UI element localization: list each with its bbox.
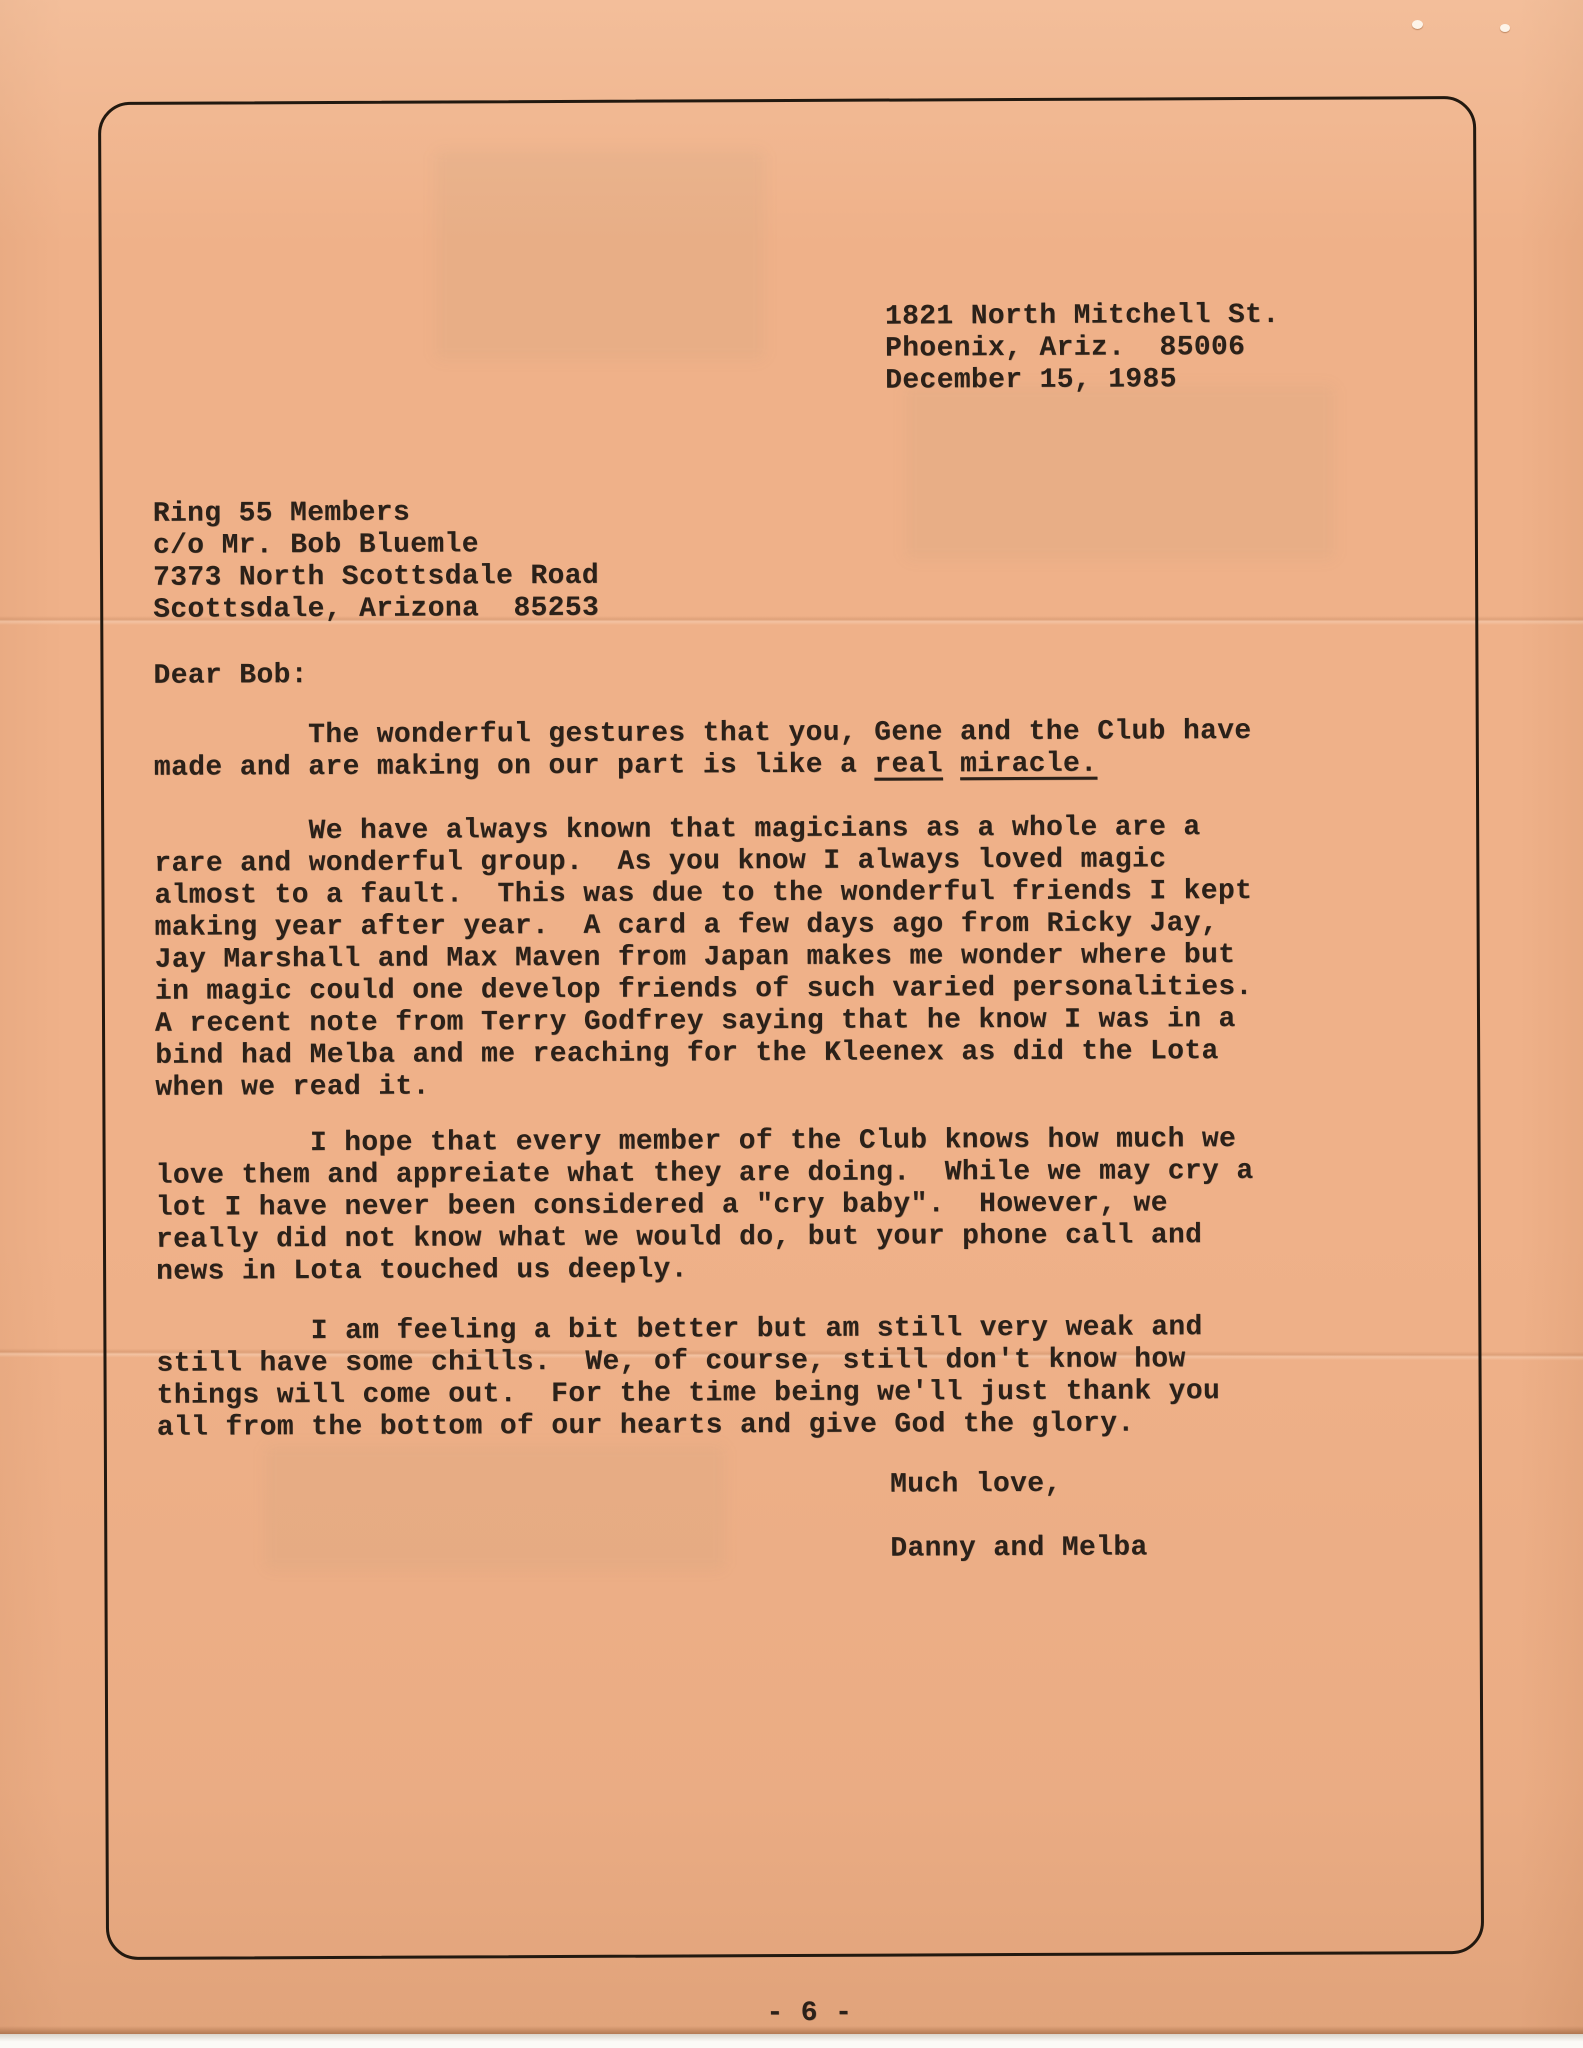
scanner-bed-strip	[0, 2034, 1583, 2048]
scan-tilt-layer: 1821 North Mitchell St. Phoenix, Ariz. 8…	[0, 0, 1583, 2037]
paragraph-1-line-1: The wonderful gestures that you, Gene an…	[154, 716, 1252, 752]
underline-word-separator	[943, 749, 960, 780]
return-address-block: 1821 North Mitchell St. Phoenix, Ariz. 8…	[885, 300, 1280, 398]
paragraph-4: I am feeling a bit better but am still v…	[156, 1312, 1220, 1445]
salutation: Dear Bob:	[153, 660, 308, 693]
underlined-word-miracle: miracle.	[960, 749, 1097, 781]
letter-paper: 1821 North Mitchell St. Phoenix, Ariz. 8…	[0, 0, 1583, 2034]
paragraph-2: We have always known that magicians as a…	[154, 812, 1253, 1105]
page-number: - 6 -	[4, 1994, 1583, 2033]
underlined-word-real: real	[874, 749, 943, 780]
scanned-letter-page: 1821 North Mitchell St. Phoenix, Ariz. 8…	[0, 0, 1583, 2048]
recipient-address-block: Ring 55 Members c/o Mr. Bob Bluemle 7373…	[153, 497, 600, 627]
paragraph-1: The wonderful gestures that you, Gene an…	[154, 716, 1252, 785]
paragraph-1-line-2-prefix: made and are making on our part is like …	[154, 750, 875, 784]
paragraph-3: I hope that every member of the Club kno…	[155, 1124, 1253, 1289]
signature: Danny and Melba	[890, 1532, 1147, 1565]
closing: Much love,	[890, 1469, 1062, 1502]
